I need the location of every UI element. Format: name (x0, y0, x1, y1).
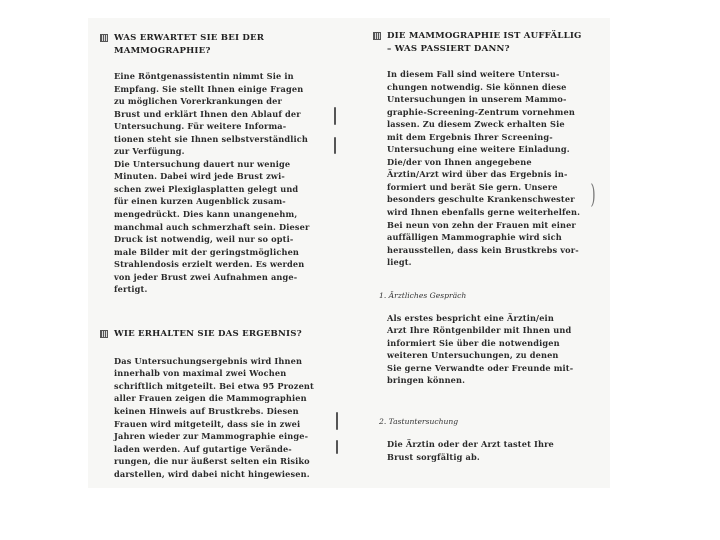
section-heading-abnormal: DIE MAMMOGRAPHIE IST AUFFÄLLIG – WAS PAS… (373, 30, 618, 56)
square-bullet-icon (100, 34, 108, 42)
subsection-paragraph-palpation: Die Ärztin oder der Arzt tastet IhreBrus… (387, 438, 618, 463)
text-line: fertigt. (114, 283, 345, 296)
text-line: für einen kurzen Augenblick zusam- (114, 195, 345, 208)
text-line: Untersuchungen in unserem Mammo- (387, 93, 618, 106)
text-line: rungen, die nur äußerst selten ein Risik… (114, 455, 345, 468)
subsection-title-palpation: 2. Tastuntersuchung (379, 417, 618, 426)
text-line: Das Untersuchungsergebnis wird Ihnen (114, 355, 345, 368)
text-line: graphie-Screening-Zentrum vornehmen (387, 106, 618, 119)
square-bullet-icon (100, 330, 108, 338)
text-line: liegt. (387, 256, 618, 269)
section-paragraph-abnormal: In diesem Fall sind weitere Untersu-chun… (387, 68, 618, 269)
text-line: zur Verfügung. (114, 145, 345, 158)
subsection-title-consultation: 1. Ärztliches Gespräch (379, 291, 618, 300)
left-column: WAS ERWARTET SIE BEI DER MAMMOGRAPHIE? E… (100, 32, 345, 480)
text-line: chungen notwendig. Sie können diese (387, 81, 618, 94)
section-paragraph-results: Das Untersuchungsergebnis wird Ihneninne… (114, 355, 345, 480)
text-line: Minuten. Dabei wird jede Brust zwi- (114, 170, 345, 183)
subsection-paragraph-consultation: Als erstes bespricht eine Ärztin/einArzt… (387, 312, 618, 387)
text-line: tionen steht sie Ihnen selbstverständlic… (114, 133, 345, 146)
text-line: Arzt Ihre Röntgenbilder mit Ihnen und (387, 324, 618, 337)
text-line: darstellen, wird dabei nicht hingewiesen… (114, 468, 345, 481)
text-line: Sie gerne Verwandte oder Freunde mit- (387, 362, 618, 375)
text-line: Jahren wieder zur Mammographie einge- (114, 430, 345, 443)
text-line: lassen. Zu diesem Zweck erhalten Sie (387, 118, 618, 131)
text-line: mengedrückt. Dies kann unangenehm, (114, 208, 345, 221)
text-line: zu möglichen Vorerkrankungen der (114, 95, 345, 108)
text-line: Die Ärztin oder der Arzt tastet Ihre (387, 438, 618, 451)
text-line: Ärztin/Arzt wird über das Ergebnis in- (387, 168, 618, 181)
text-line: Die Untersuchung dauert nur wenige (114, 158, 345, 171)
text-line: informiert Sie über die notwendigen (387, 337, 618, 350)
text-line: besonders geschulte Krankenschwester (387, 193, 618, 206)
text-line: mit dem Ergebnis Ihrer Screening- (387, 131, 618, 144)
text-line: manchmal auch schmerzhaft sein. Dieser (114, 221, 345, 234)
section-heading-results: WIE ERHALTEN SIE DAS ERGEBNIS? (100, 328, 345, 341)
text-line: weiteren Untersuchungen, zu denen (387, 349, 618, 362)
text-line: von jeder Brust zwei Aufnahmen ange- (114, 271, 345, 284)
section-paragraph-expectations: Eine Röntgenassistentin nimmt Sie inEmpf… (114, 70, 345, 296)
text-line: schen zwei Plexiglasplatten gelegt und (114, 183, 345, 196)
text-line: In diesem Fall sind weitere Untersu- (387, 68, 618, 81)
text-line: Eine Röntgenassistentin nimmt Sie in (114, 70, 345, 83)
text-line: schriftlich mitgeteilt. Bei etwa 95 Proz… (114, 380, 345, 393)
text-line: innerhalb von maximal zwei Wochen (114, 367, 345, 380)
square-bullet-icon (373, 32, 381, 40)
margin-mark (334, 137, 336, 154)
margin-mark (336, 440, 338, 454)
text-line: Als erstes bespricht eine Ärztin/ein (387, 312, 618, 325)
text-line: Untersuchung. Für weitere Informa- (114, 120, 345, 133)
right-column: DIE MAMMOGRAPHIE IST AUFFÄLLIG – WAS PAS… (373, 30, 618, 463)
text-line: aller Frauen zeigen die Mammographien (114, 392, 345, 405)
text-line: Untersuchung eine weitere Einladung. (387, 143, 618, 156)
margin-mark (334, 107, 336, 125)
text-line: Strahlendosis erzielt werden. Es werden (114, 258, 345, 271)
text-line: Brust und erklärt Ihnen den Ablauf der (114, 108, 345, 121)
text-line: bringen können. (387, 374, 618, 387)
section-heading-expectations: WAS ERWARTET SIE BEI DER MAMMOGRAPHIE? (100, 32, 345, 58)
text-line: Die/der von Ihnen angegebene (387, 156, 618, 169)
text-line: Druck ist notwendig, weil nur so opti- (114, 233, 345, 246)
text-line: laden werden. Auf gutartige Verände- (114, 443, 345, 456)
text-line: Frauen wird mitgeteilt, dass sie in zwei (114, 418, 345, 431)
text-line: male Bilder mit der geringstmöglichen (114, 246, 345, 259)
margin-brace-mark: ) (591, 182, 596, 208)
text-line: Brust sorgfältig ab. (387, 451, 618, 464)
text-line: Empfang. Sie stellt Ihnen einige Fragen (114, 83, 345, 96)
text-line: Bei neun von zehn der Frauen mit einer (387, 219, 618, 232)
text-line: keinen Hinweis auf Brustkrebs. Diesen (114, 405, 345, 418)
text-line: auffälligen Mammographie wird sich (387, 231, 618, 244)
margin-mark (336, 412, 338, 430)
text-line: wird Ihnen ebenfalls gerne weiterhelfen. (387, 206, 618, 219)
text-line: herausstellen, dass kein Brustkrebs vor- (387, 244, 618, 257)
text-line: formiert und berät Sie gern. Unsere (387, 181, 618, 194)
